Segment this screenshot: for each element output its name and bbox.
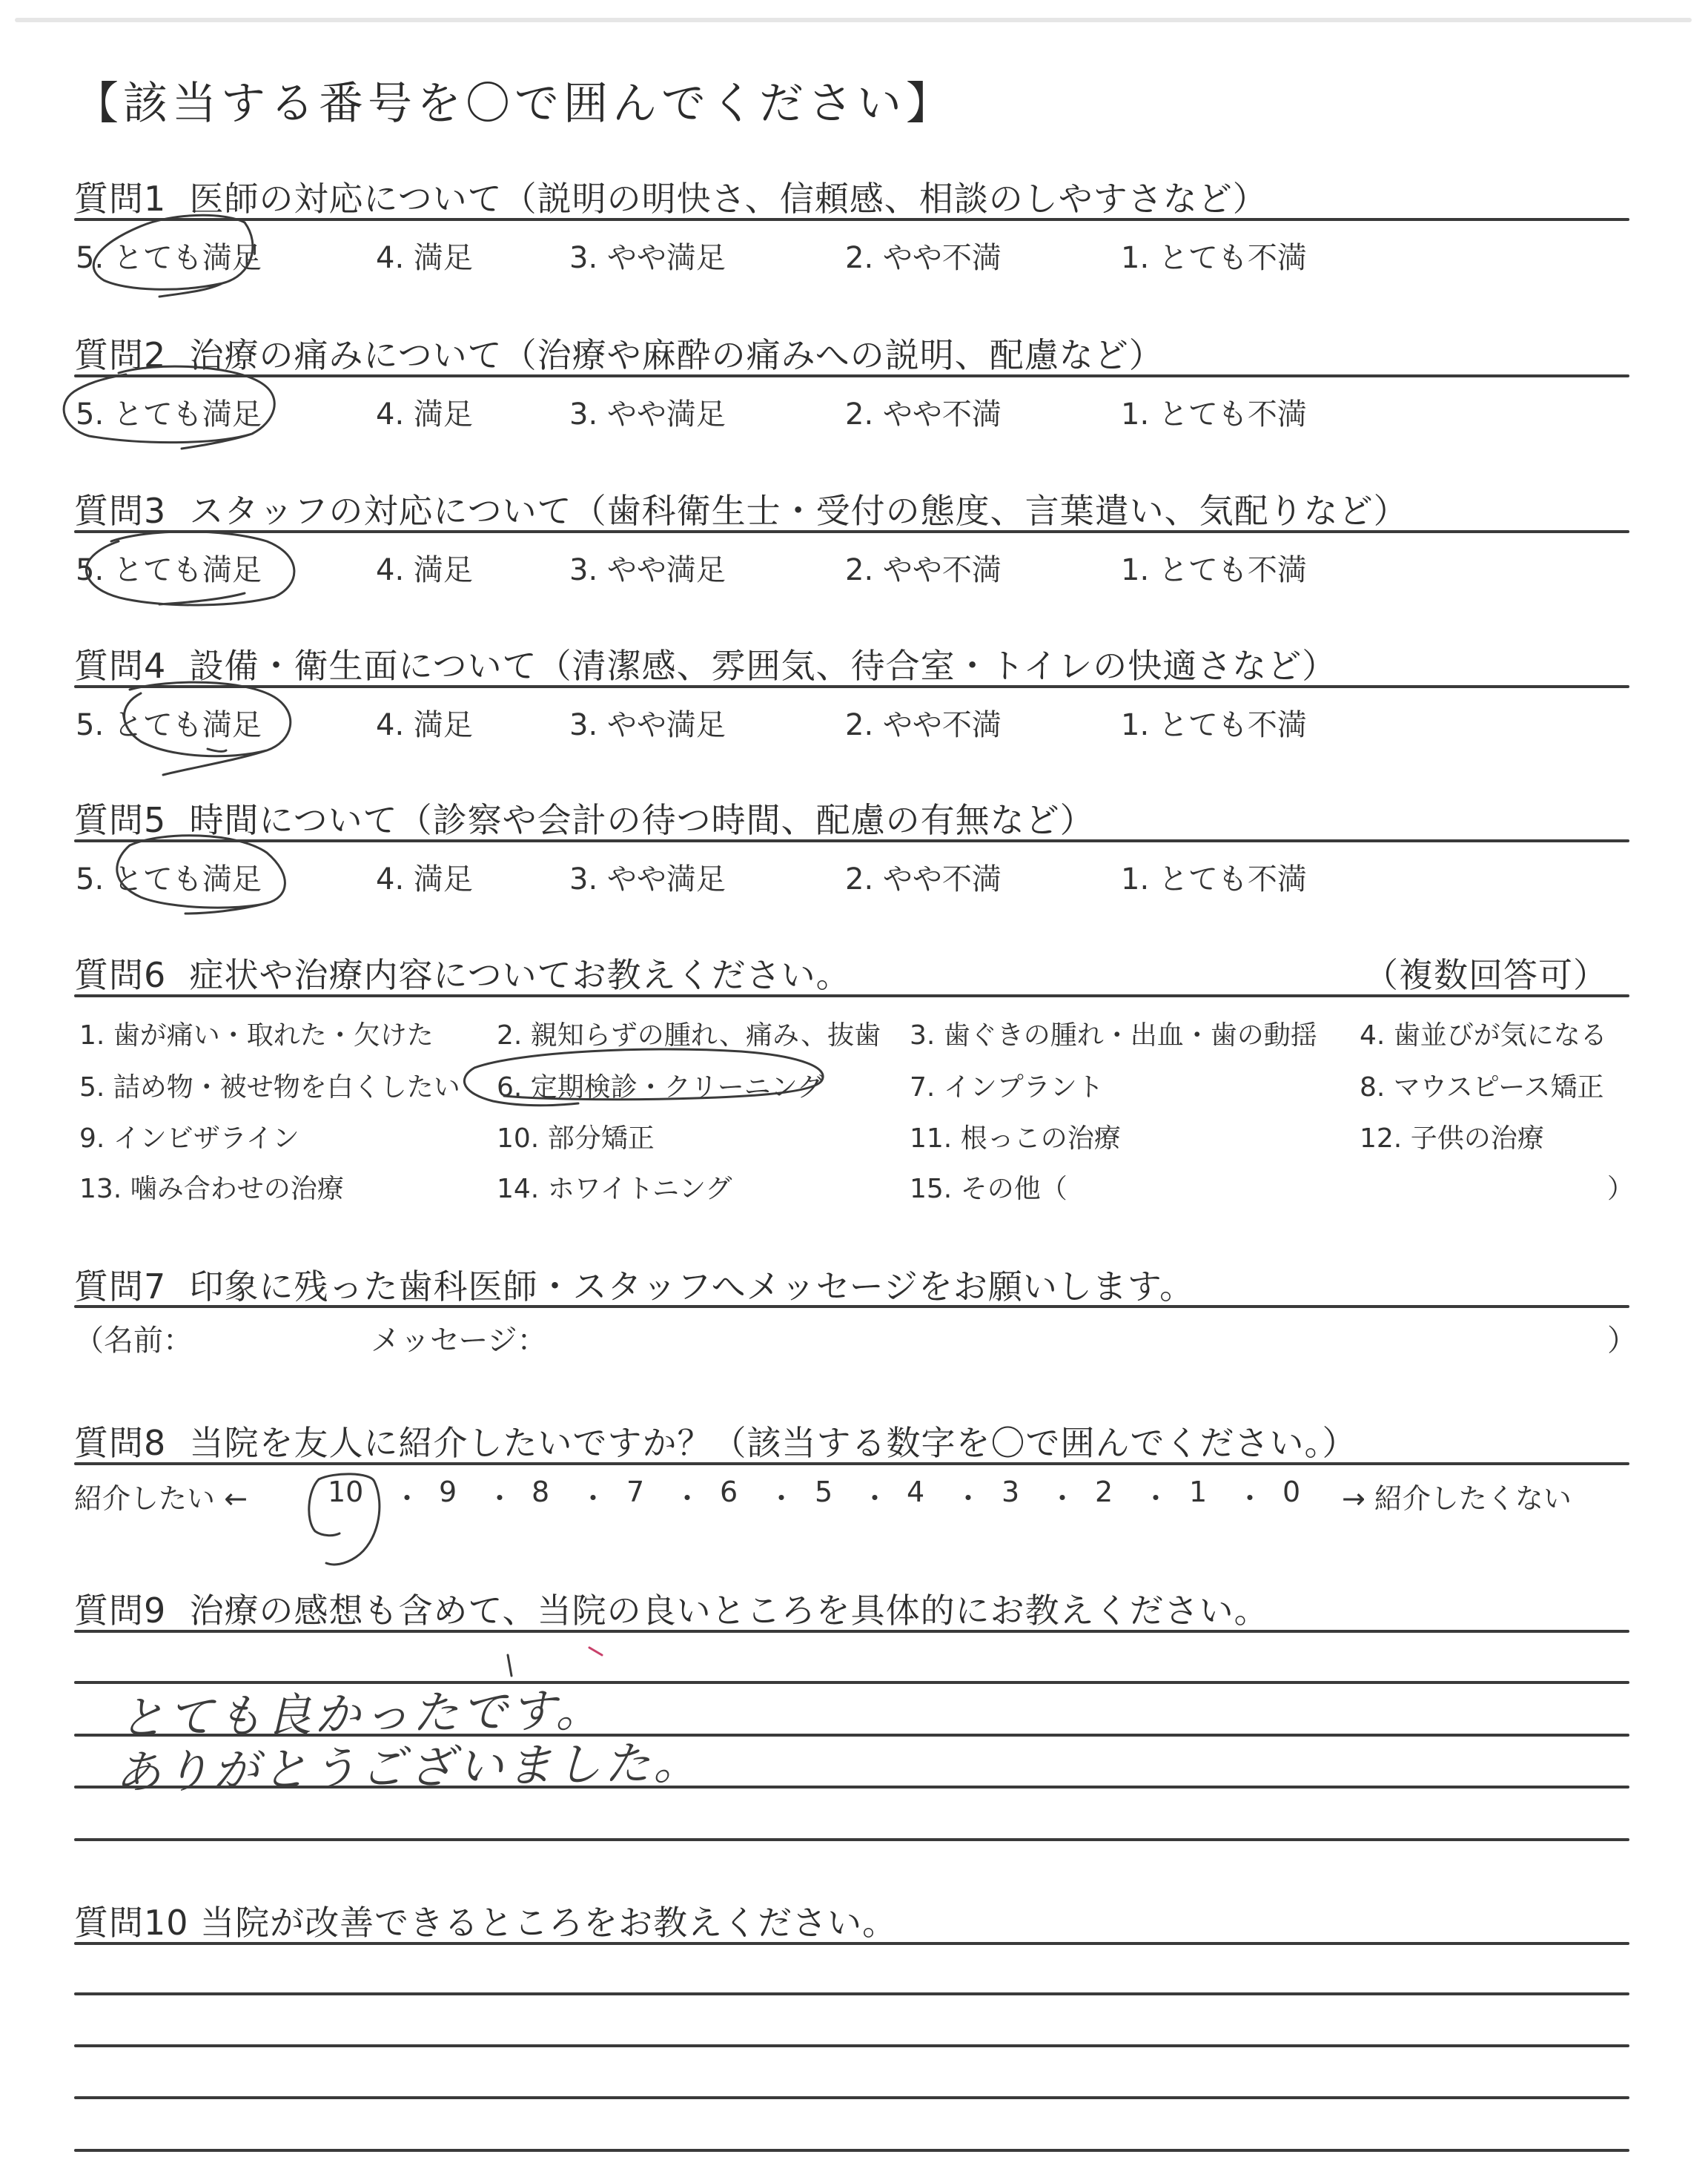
q5-option-1[interactable]: 1. とても不満	[1121, 856, 1307, 898]
question-7-header: 質問7 印象に残った歯科医師・スタッフへメッセージをお願いします。	[74, 1260, 1194, 1309]
score-8[interactable]: 8	[532, 1476, 549, 1508]
q6-item-10[interactable]: 10. 部分矯正	[497, 1117, 655, 1155]
question-text: 当院を友人に紹介したいですか？（該当する数字を〇で囲んでください。）	[190, 1423, 1357, 1463]
question-6-header: 質問6 症状や治療内容についてお教えください。	[74, 948, 851, 997]
q6-item-9[interactable]: 9. インビザライン	[79, 1117, 299, 1155]
question-label: 質問6	[74, 955, 166, 995]
q6-item-11[interactable]: 11. 根っこの治療	[910, 1117, 1121, 1155]
q6-item-5[interactable]: 5. 詰め物・被せ物を白くしたい	[79, 1066, 460, 1104]
question-3-header: 質問3 スタッフの対応について（歯科衛生士・受付の態度、言葉遣い、気配りなど）	[74, 484, 1409, 533]
q6-item-3[interactable]: 3. 歯ぐきの腫れ・出血・歯の動揺	[910, 1014, 1317, 1052]
question-text: 時間について（診察や会計の待つ時間、配慮の有無など）	[190, 800, 1095, 840]
question-text: 印象に残った歯科医師・スタッフへメッセージをお願いします。	[190, 1266, 1195, 1307]
q6-item-14[interactable]: 14. ホワイトニング	[497, 1168, 732, 1206]
score-10[interactable]: 10	[328, 1476, 363, 1508]
q6-item-8[interactable]: 8. マウスピース矯正	[1360, 1066, 1603, 1104]
q2-option-3[interactable]: 3. やや満足	[569, 391, 726, 433]
question-text: 当院が改善できるところをお教えください。	[200, 1903, 897, 1943]
score-3[interactable]: 3	[1002, 1476, 1019, 1508]
question-4-rule	[74, 685, 1629, 688]
question-9-header: 質問9 治療の感想も含めて、当院の良いところを具体的にお教えください。	[74, 1584, 1269, 1633]
handwritten-answer-line-2: ありがとうございました。	[114, 1725, 702, 1802]
question-1-rule	[74, 218, 1629, 221]
question-10-header: 質問10 当院が改善できるところをお教えください。	[74, 1896, 897, 1945]
multiple-answers-note: （複数回答可）	[1364, 948, 1608, 997]
score-separator: ・	[861, 1476, 889, 1516]
q1-option-4[interactable]: 4. 満足	[376, 234, 473, 277]
q6-item-1[interactable]: 1. 歯が痛い・取れた・欠けた	[79, 1014, 434, 1052]
score-separator: ・	[1048, 1476, 1076, 1516]
q2-option-2[interactable]: 2. やや不満	[845, 391, 1002, 433]
message-label: メッセージ：	[371, 1317, 547, 1359]
recommend-label: 紹介したい ←	[74, 1476, 248, 1516]
q1-option-1[interactable]: 1. とても不満	[1121, 234, 1307, 277]
q4-option-4[interactable]: 4. 満足	[376, 701, 473, 744]
question-6-rule	[74, 994, 1629, 997]
q1-option-5[interactable]: 5. とても満足	[76, 234, 262, 277]
score-separator: ・	[393, 1476, 421, 1516]
question-text: 症状や治療内容についてお教えください。	[190, 955, 851, 995]
question-5-header: 質問5 時間について（診察や会計の待つ時間、配慮の有無など）	[74, 793, 1095, 842]
question-text: 設備・衛生面について（清潔感、雰囲気、待合室・トイレの快適さなど）	[190, 646, 1337, 686]
question-label: 質問7	[74, 1266, 166, 1307]
q10-answer-field[interactable]	[74, 1950, 1629, 2150]
message-close-paren: ）	[1607, 1317, 1637, 1359]
q6-item-4[interactable]: 4. 歯並びが気になる	[1360, 1014, 1607, 1052]
q6-item-15[interactable]: 15. その他（	[910, 1168, 1067, 1206]
q6-other-close-paren: ）	[1607, 1168, 1634, 1206]
q5-option-3[interactable]: 3. やや満足	[569, 856, 726, 898]
q4-option-2[interactable]: 2. やや不満	[845, 701, 1002, 744]
score-9[interactable]: 9	[439, 1476, 457, 1508]
question-2-header: 質問2 治療の痛みについて（治療や麻酔の痛みへの説明、配慮など）	[74, 328, 1164, 377]
message-field[interactable]	[563, 1317, 1586, 1351]
q3-option-5[interactable]: 5. とても満足	[76, 546, 262, 589]
name-field[interactable]	[222, 1317, 356, 1351]
q2-option-1[interactable]: 1. とても不満	[1121, 391, 1307, 433]
question-text: 治療の痛みについて（治療や麻酔の痛みへの説明、配慮など）	[190, 335, 1164, 375]
question-9-rule	[74, 1630, 1629, 1633]
page-title: 【該当する番号を〇で囲んでください】	[74, 68, 955, 132]
q2-option-5[interactable]: 5. とても満足	[76, 391, 262, 433]
q4-option-3[interactable]: 3. やや満足	[569, 701, 726, 744]
question-text: スタッフの対応について（歯科衛生士・受付の態度、言葉遣い、気配りなど）	[190, 491, 1409, 531]
q9-answer-field[interactable]: とても良かったです。 ありがとうございました。	[74, 1639, 1629, 1846]
question-label: 質問10	[74, 1903, 189, 1943]
score-separator: ・	[954, 1476, 982, 1516]
score-7[interactable]: 7	[626, 1476, 644, 1508]
question-label: 質問2	[74, 335, 166, 375]
q3-option-2[interactable]: 2. やや不満	[845, 546, 1002, 589]
q1-option-3[interactable]: 3. やや満足	[569, 234, 726, 277]
q4-option-1[interactable]: 1. とても不満	[1121, 701, 1307, 744]
score-separator: ・	[767, 1476, 795, 1516]
score-separator: ・	[579, 1476, 607, 1516]
q5-option-2[interactable]: 2. やや不満	[845, 856, 1002, 898]
scan-top-edge	[15, 18, 1692, 22]
not-recommend-label: → 紹介したくない	[1342, 1476, 1572, 1516]
q3-option-3[interactable]: 3. やや満足	[569, 546, 726, 589]
question-label: 質問3	[74, 491, 166, 531]
q3-option-1[interactable]: 1. とても不満	[1121, 546, 1307, 589]
q6-item-6[interactable]: 6. 定期検診・クリーニング	[497, 1066, 824, 1104]
score-6[interactable]: 6	[720, 1476, 738, 1508]
score-1[interactable]: 1	[1189, 1476, 1207, 1508]
question-text: 医師の対応について（説明の明快さ、信頼感、相談のしやすさなど）	[190, 179, 1268, 219]
q1-option-2[interactable]: 2. やや不満	[845, 234, 1002, 277]
q6-item-12[interactable]: 12. 子供の治療	[1360, 1117, 1544, 1155]
question-text: 治療の感想も含めて、当院の良いところを具体的にお教えください。	[190, 1591, 1269, 1631]
score-4[interactable]: 4	[907, 1476, 924, 1508]
q6-item-2[interactable]: 2. 親知らずの腫れ、痛み、抜歯	[497, 1014, 881, 1052]
q5-option-5[interactable]: 5. とても満足	[76, 856, 262, 898]
q6-item-13[interactable]: 13. 噛み合わせの治療	[79, 1168, 344, 1206]
q6-item-7[interactable]: 7. インプラント	[910, 1066, 1104, 1104]
score-separator: ・	[1142, 1476, 1170, 1516]
question-2-rule	[74, 374, 1629, 377]
question-label: 質問4	[74, 646, 166, 686]
question-10-rule	[74, 1942, 1629, 1945]
question-3-rule	[74, 530, 1629, 533]
q3-option-4[interactable]: 4. 満足	[376, 546, 473, 589]
question-8-header: 質問8 当院を友人に紹介したいですか？（該当する数字を〇で囲んでください。）	[74, 1416, 1357, 1465]
score-2[interactable]: 2	[1095, 1476, 1113, 1508]
question-label: 質問8	[74, 1423, 166, 1463]
question-4-header: 質問4 設備・衛生面について（清潔感、雰囲気、待合室・トイレの快適さなど）	[74, 639, 1337, 688]
question-7-rule	[74, 1305, 1629, 1308]
question-label: 質問5	[74, 800, 166, 840]
score-separator: ・	[486, 1476, 514, 1516]
question-8-rule	[74, 1462, 1629, 1465]
score-5[interactable]: 5	[815, 1476, 833, 1508]
score-0[interactable]: 0	[1282, 1476, 1300, 1508]
question-label: 質問1	[74, 179, 166, 219]
question-label: 質問9	[74, 1591, 166, 1631]
question-5-rule	[74, 839, 1629, 842]
q5-option-4[interactable]: 4. 満足	[376, 856, 473, 898]
score-separator: ・	[673, 1476, 701, 1516]
q4-option-5[interactable]: 5. とても満足	[76, 701, 262, 744]
name-label: （名前：	[74, 1317, 193, 1359]
question-1-header: 質問1 医師の対応について（説明の明快さ、信頼感、相談のしやすさなど）	[74, 172, 1268, 221]
score-separator: ・	[1236, 1476, 1264, 1516]
q2-option-4[interactable]: 4. 満足	[376, 391, 473, 433]
